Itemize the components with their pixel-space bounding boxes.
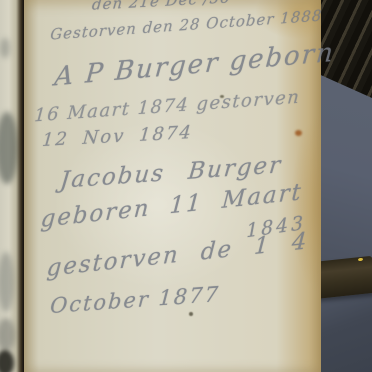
ink-smudge <box>0 350 14 372</box>
book-photo: den 21e Dec /56 Gestorven den 28 October… <box>0 0 372 372</box>
ink-smudge <box>0 38 10 58</box>
page-stain <box>295 130 302 136</box>
page-stain <box>189 312 193 316</box>
ink-smudge <box>0 252 14 312</box>
ink-smudge <box>0 318 15 352</box>
